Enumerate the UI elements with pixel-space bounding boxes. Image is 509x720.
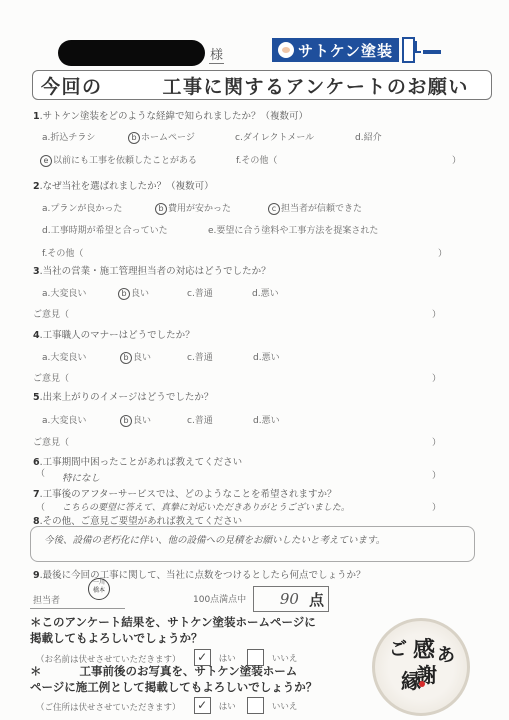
selected-circle-b: b — [120, 352, 132, 364]
q9-text: 9.最後に今回の工事に関して、当社に点数をつけるとしたら何点でしょうか？ — [33, 567, 365, 581]
q5-option-d[interactable]: d.悪い — [253, 413, 280, 426]
selected-circle-c: c — [268, 203, 280, 215]
q1-option-f[interactable]: f.その他（ — [236, 153, 277, 166]
q1-close-paren: ） — [452, 153, 461, 166]
q2-option-b[interactable]: b費用が安かった — [155, 201, 231, 215]
q1-text: 1.サトケン塗装をどのような経緯で知られましたか？（複数可） — [33, 108, 308, 122]
q2-close-paren: ） — [438, 246, 447, 259]
seal-char: あ — [437, 641, 455, 667]
q7-open-paren: （ — [36, 500, 45, 513]
q2-option-e[interactable]: e.要望に合う塗料や工事方法を提案された — [208, 223, 378, 236]
q1-option-a[interactable]: a.折込チラシ — [42, 130, 95, 143]
q7-close-paren: ） — [432, 500, 441, 513]
seal-red-dot — [419, 681, 425, 687]
q1-option-b[interactable]: bホームページ — [128, 130, 195, 144]
redacted-customer-name — [58, 40, 205, 66]
staff-label: 担当者 — [33, 593, 60, 606]
consent2-yes-label: はい — [219, 702, 236, 712]
consent2-no-checkbox[interactable] — [247, 697, 264, 714]
q3-option-c[interactable]: c.普通 — [187, 286, 213, 299]
q8-text: 8.その他、ご意見ご要望があれば教えてください — [33, 513, 242, 527]
q6-close-paren: ） — [432, 468, 441, 481]
score-box[interactable]: 90 点 — [253, 586, 329, 612]
q5-option-c[interactable]: c.普通 — [187, 413, 213, 426]
consent2-note: （ご住所は伏せさせていただきます） — [36, 703, 181, 713]
q3-close-paren: ） — [432, 307, 441, 320]
title-prefix: 今回の — [41, 72, 103, 99]
q4-option-c[interactable]: c.普通 — [187, 350, 213, 363]
stamp-top-text: 一川 — [89, 579, 109, 587]
gratitude-seal: ご 縁 感 謝 あ — [372, 618, 470, 716]
brand-logo-plate: サトケン塗装 — [272, 38, 399, 62]
selected-circle-b: b — [155, 203, 167, 215]
seal-char: ご — [389, 635, 407, 661]
consent1-no-label: いいえ — [272, 654, 298, 664]
q7-answer[interactable]: こちらの要望に答えて、真摯に対応いただきありがとうございました。 — [62, 500, 350, 513]
mascot-icon — [278, 42, 294, 58]
consent2-question: ＊工事前後のお写真を、サトケン塗装ホーム ページに施工例として掲載してもよろしい… — [30, 663, 317, 695]
q3-option-d[interactable]: d.悪い — [252, 286, 279, 299]
q2-option-c[interactable]: c担当者が信頼できた — [268, 201, 362, 215]
stamp-bottom-text: 橋本 — [89, 587, 109, 595]
q2-text: 2.なぜ当社を選ばれましたか？（複数可） — [33, 178, 214, 192]
q3-comment-label[interactable]: ご意見（ — [33, 307, 69, 320]
q6-text: 6.工事期間中困ったことがあれば教えてください — [33, 454, 242, 468]
q5-text: 5.出来上がりのイメージはどうでしたか？ — [33, 389, 213, 403]
q3-option-a[interactable]: a.大変良い — [42, 286, 86, 299]
paint-roller-icon — [402, 37, 415, 63]
q1-option-e[interactable]: e以前にも工事を依頼したことがある — [40, 153, 197, 167]
consent2-no-label: いいえ — [272, 702, 298, 712]
selected-circle-b: b — [120, 415, 132, 427]
q8-answer: 今後、設備の老朽化に伴い、他の設備への見積をお願いしたいと考えています。 — [44, 532, 385, 546]
q3-text: 3.当社の営業・施工管理担当者の対応はどうでしたか？ — [33, 263, 271, 277]
consent2-row: （ご住所は伏せさせていただきます） ✓ はい いいえ — [36, 695, 303, 714]
score-unit: 点 — [309, 589, 324, 610]
q4-option-d[interactable]: d.悪い — [253, 350, 280, 363]
selected-circle-e: e — [40, 155, 52, 167]
q1-option-c[interactable]: c.ダイレクトメール — [235, 130, 314, 143]
q2-option-a[interactable]: a.プランが良かった — [42, 201, 122, 214]
q6-open-paren: （ — [36, 466, 45, 479]
consent2-yes-checkbox[interactable]: ✓ — [194, 697, 211, 714]
consent1-question: ＊このアンケート結果を、サトケン塗装ホームページに 掲載してもよろしいでしょうか… — [30, 614, 316, 646]
score-value: 90 — [280, 590, 299, 608]
consent1-yes-label: はい — [219, 654, 236, 664]
q4-comment-label[interactable]: ご意見（ — [33, 371, 69, 384]
survey-title: 今回の 工事に関するアンケートのお願い — [32, 70, 492, 100]
brand-logo: サトケン塗装 — [272, 37, 441, 63]
q2-option-d[interactable]: d.工事時期が希望と合っていた — [42, 223, 168, 236]
staff-stamp: 一川 橋本 — [88, 578, 110, 600]
q5-comment-label[interactable]: ご意見（ — [33, 435, 69, 448]
roller-bar — [423, 50, 441, 54]
selected-circle-b: b — [118, 288, 130, 300]
q4-close-paren: ） — [432, 371, 441, 384]
q5-option-b[interactable]: b良い — [120, 413, 151, 427]
max-score-label: 100点満点中 — [193, 592, 246, 605]
honorific-sama: 様 — [209, 44, 224, 64]
selected-circle-b: b — [128, 132, 140, 144]
q4-option-b[interactable]: b良い — [120, 350, 151, 364]
q5-close-paren: ） — [432, 435, 441, 448]
q7-text: 7.工事後のアフターサービスでは、どのようなことを希望されますか？ — [33, 486, 336, 500]
staff-underline — [30, 608, 125, 609]
q1-option-d[interactable]: d.紹介 — [355, 130, 382, 143]
q2-option-f[interactable]: f.その他（ — [42, 246, 83, 259]
brand-name: サトケン塗装 — [298, 40, 393, 61]
q4-option-a[interactable]: a.大変良い — [42, 350, 86, 363]
roller-handle — [415, 41, 421, 53]
title-suffix: 工事に関するアンケートのお願い — [163, 72, 469, 99]
q6-answer[interactable]: 特になし — [62, 470, 100, 484]
q5-option-a[interactable]: a.大変良い — [42, 413, 86, 426]
q4-text: 4.工事職人のマナーはどうでしたか？ — [33, 327, 195, 341]
q3-option-b[interactable]: b良い — [118, 286, 149, 300]
